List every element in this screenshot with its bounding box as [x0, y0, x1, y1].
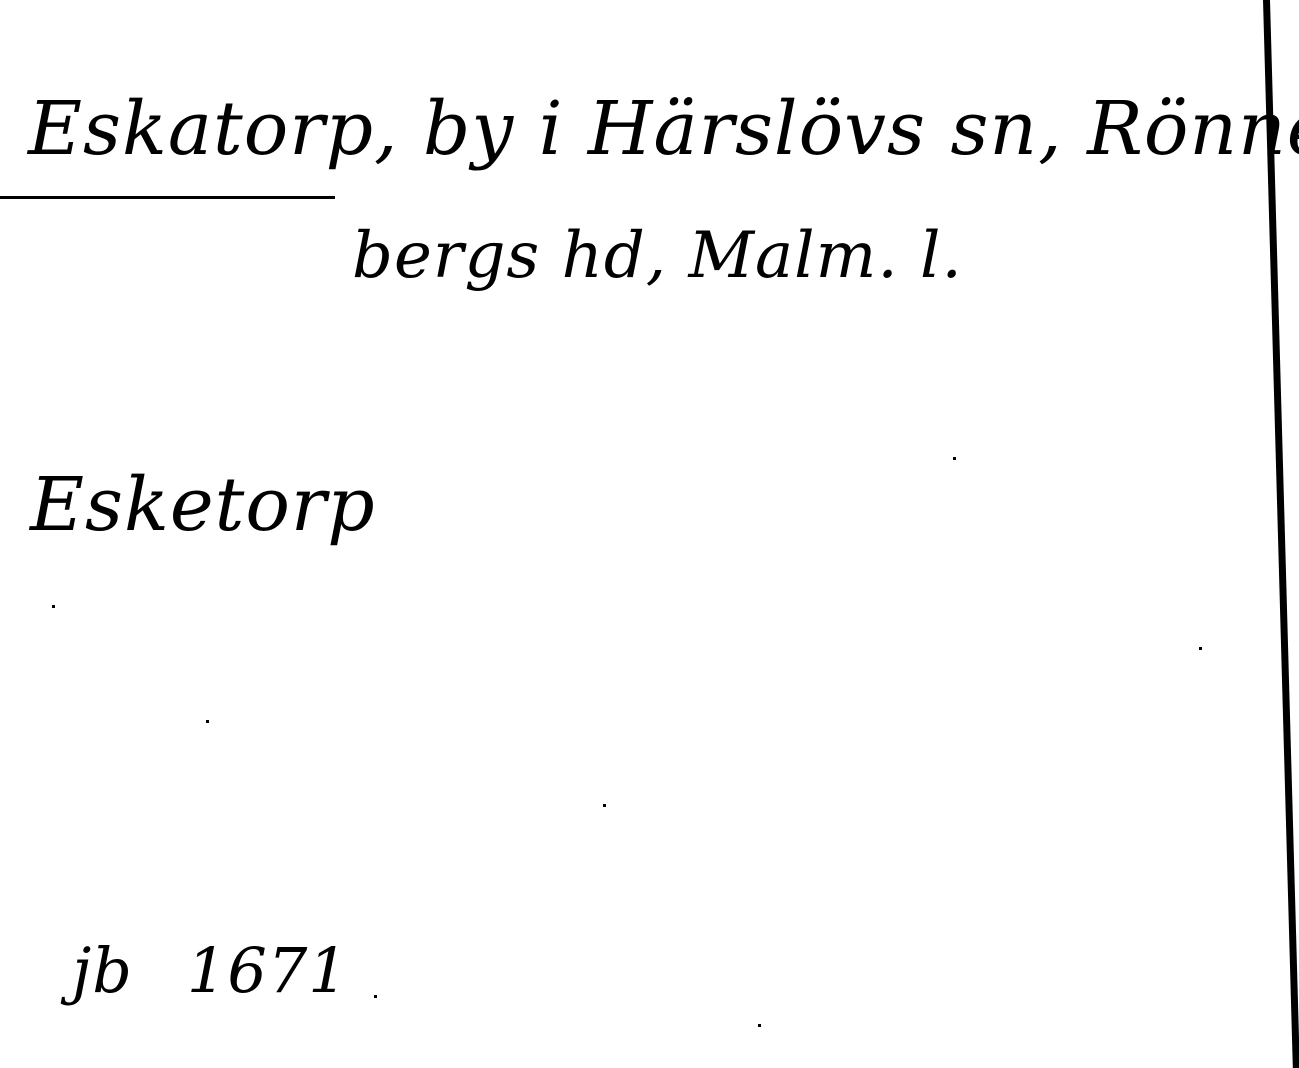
scan-speck	[758, 1024, 761, 1027]
scan-speck	[52, 605, 55, 608]
source-year: 1671	[187, 934, 349, 1007]
index-card: Eskatorp, by i Härslövs sn, Rönne- bergs…	[0, 0, 1299, 1068]
scan-speck	[374, 995, 377, 998]
entry-line-2: bergs hd, Malm. l.	[352, 224, 963, 288]
source-reference: jb1671	[72, 940, 349, 1002]
variant-form: Esketorp	[30, 468, 376, 542]
source-abbreviation: jb	[72, 934, 133, 1007]
scan-speck	[603, 804, 606, 807]
entry-line-1-rest: , by i Härslövs sn, Rönne-	[374, 86, 1299, 172]
headword-underline	[0, 196, 335, 199]
entry-line-1: Eskatorp, by i Härslövs sn, Rönne-	[28, 92, 1299, 166]
headword: Eskatorp	[28, 92, 374, 166]
scan-speck	[953, 457, 956, 460]
scan-speck	[1199, 647, 1202, 650]
scan-speck	[206, 720, 209, 723]
